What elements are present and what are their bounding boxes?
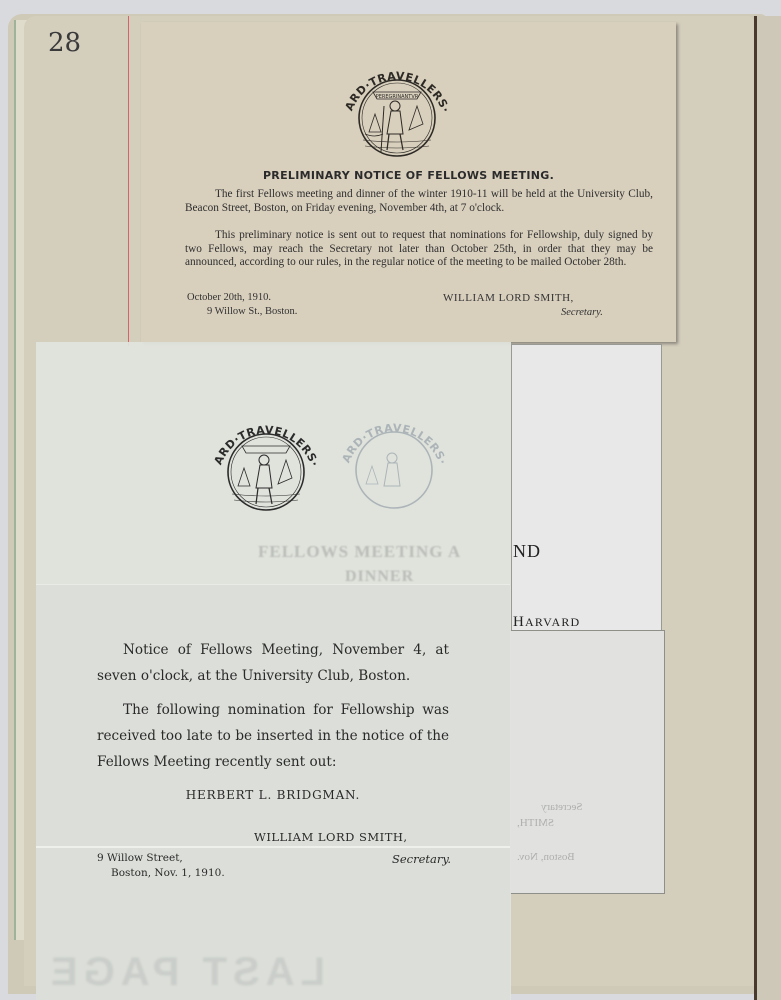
svg-text:PEREGRINANTVR: PEREGRINANTVR bbox=[376, 94, 419, 100]
preliminary-notice-card: HARVARD·TRAVELLERS·CLUB PEREGRINANTVR PR… bbox=[141, 22, 676, 342]
nominee-name: HERBERT L. BRIDGMAN. bbox=[0, 788, 546, 802]
dinner-notice-card-lower: Secretary SMITH, Boston, Nov. bbox=[508, 630, 665, 894]
secretary-title: Secretary. bbox=[561, 307, 603, 318]
reversed-faint-text: Secretary bbox=[541, 801, 583, 813]
notice-title: PRELIMINARY NOTICE OF FELLOWS MEETING. bbox=[141, 169, 676, 182]
notice-paragraph: The following nomination for Fellowship … bbox=[97, 697, 449, 775]
svg-text:HARVARD·TRAVELLERS·CLUB: HARVARD·TRAVELLERS·CLUB bbox=[206, 398, 321, 469]
margin-rule bbox=[128, 16, 129, 346]
notice-paragraph: The first Fellows meeting and dinner of … bbox=[185, 188, 653, 215]
notice-paragraph: Notice of Fellows Meeting, November 4, a… bbox=[97, 637, 449, 689]
secretary-signature: WILLIAM LORD SMITH, bbox=[254, 830, 408, 844]
club-seal-icon: HARVARD·TRAVELLERS·CLUB bbox=[206, 398, 326, 518]
reversed-faint-text: SMITH, bbox=[517, 817, 554, 829]
harvard-word: HARVARD bbox=[513, 614, 580, 631]
notice-date: Boston, Nov. 1, 1910. bbox=[111, 867, 225, 879]
secretary-title: Secretary. bbox=[392, 852, 451, 866]
dinner-title-fragment: ND bbox=[513, 541, 541, 562]
secretary-signature: WILLIAM LORD SMITH, bbox=[443, 292, 574, 304]
notice-date: October 20th, 1910. bbox=[187, 292, 271, 303]
reversed-faint-text: Boston, Nov. bbox=[517, 851, 575, 863]
notice-address: 9 Willow St., Boston. bbox=[207, 306, 297, 317]
faint-club-seal-icon: HARVARD·TRAVELLERS·CLUB bbox=[334, 396, 454, 516]
page-number: 28 bbox=[48, 28, 81, 58]
facing-page-edge bbox=[754, 16, 781, 1000]
harvard-rest: ARVARD bbox=[525, 615, 580, 629]
paper-fold bbox=[36, 846, 510, 848]
svg-text:HARVARD·TRAVELLERS·CLUB: HARVARD·TRAVELLERS·CLUB bbox=[334, 396, 449, 467]
notice-paragraph: This preliminary notice is sent out to r… bbox=[185, 229, 653, 270]
bleed-through-text: LAST PAGE bbox=[45, 950, 325, 995]
svg-text:HARVARD·TRAVELLERS·CLUB: HARVARD·TRAVELLERS·CLUB bbox=[337, 44, 452, 115]
faint-dinner-title: FELLOWS MEETING A bbox=[258, 542, 461, 562]
club-seal-icon: HARVARD·TRAVELLERS·CLUB PEREGRINANTVR bbox=[337, 44, 457, 164]
dinner-notice-card bbox=[511, 344, 662, 631]
harvard-initial: H bbox=[513, 614, 525, 630]
notice-address: 9 Willow Street, bbox=[97, 852, 183, 864]
